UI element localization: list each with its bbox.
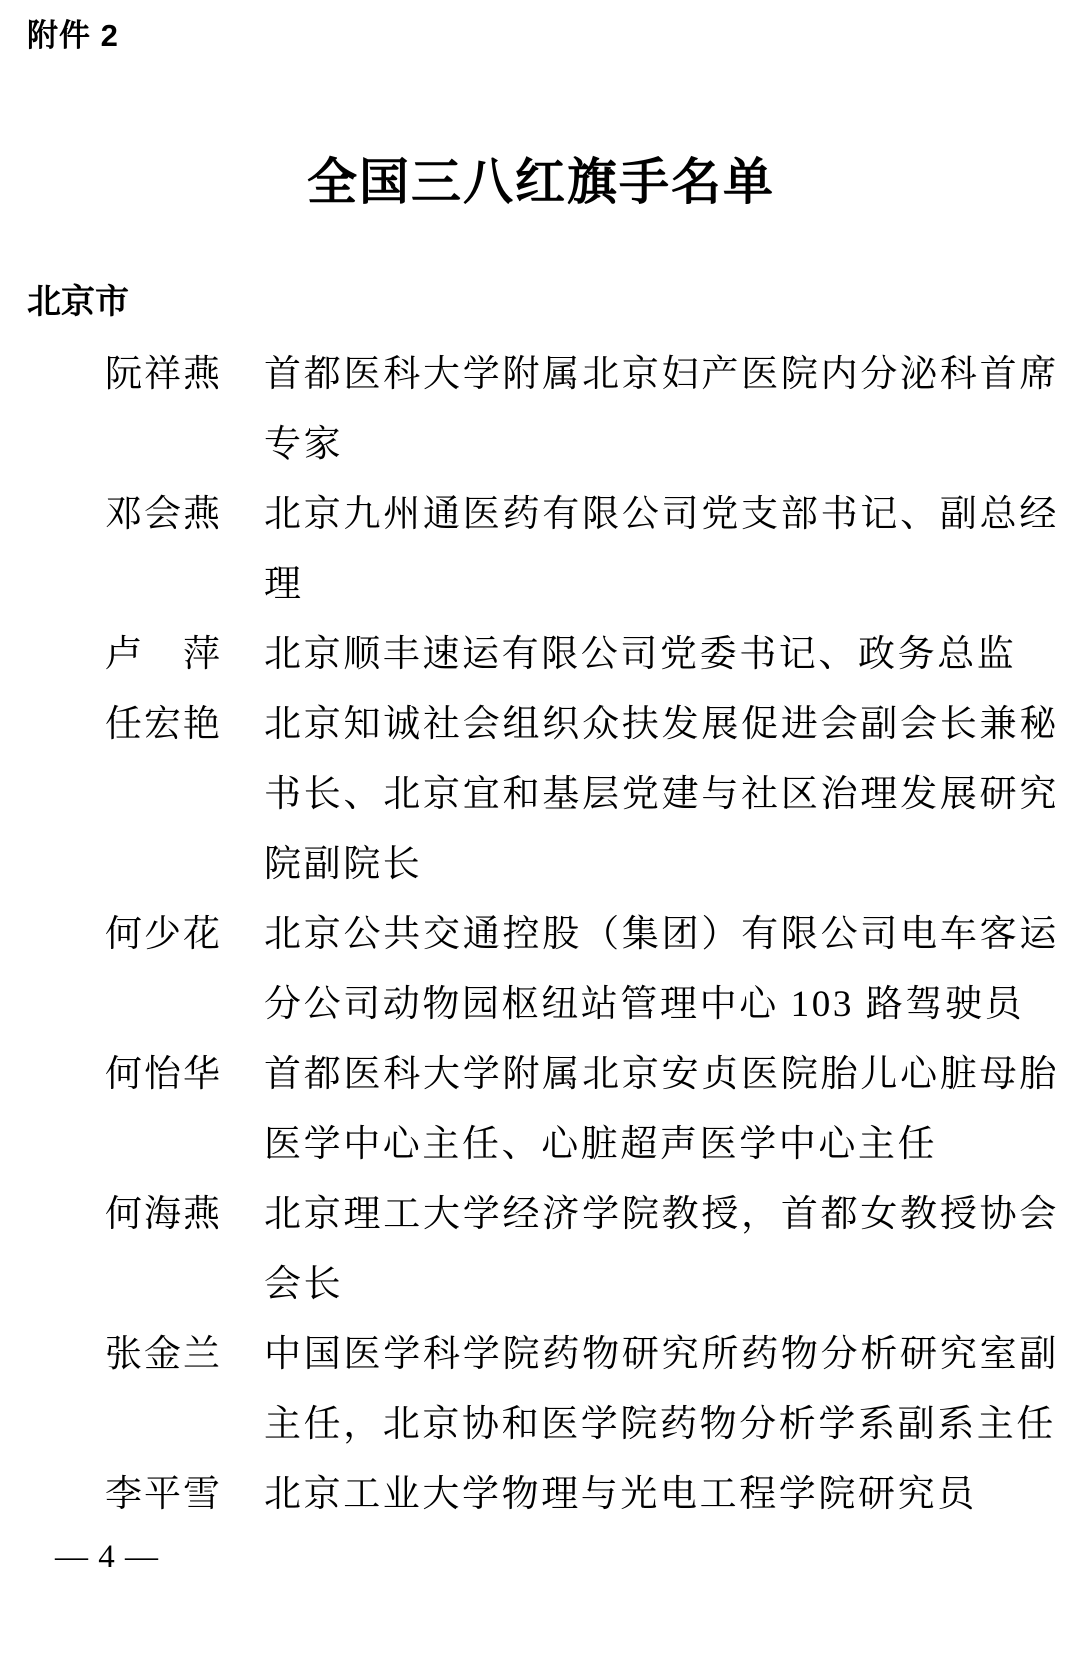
- honoree-name: 何怡华: [105, 1040, 220, 1110]
- document-page: 附件 2 全国三八红旗手名单 北京市 阮祥燕 首都医科大学附属北京妇产医院内分泌…: [0, 0, 1080, 1670]
- page-title: 全国三八红旗手名单: [0, 150, 1080, 214]
- list-item: 任宏艳 北京知诚社会组织众扶发展促进会副会长兼秘书长、北京宜和基层党建与社区治理…: [105, 690, 1065, 900]
- honoree-name: 何少花: [105, 900, 220, 970]
- list-item: 邓会燕 北京九州通医药有限公司党支部书记、副总经理: [105, 480, 1065, 620]
- honoree-description: 北京知诚社会组织众扶发展促进会副会长兼秘书长、北京宜和基层党建与社区治理发展研究…: [264, 690, 1059, 900]
- honoree-name: 邓会燕: [105, 480, 220, 550]
- honoree-description: 北京公共交通控股（集团）有限公司电车客运分公司动物园枢纽站管理中心 103 路驾…: [264, 900, 1059, 1040]
- list-item: 张金兰 中国医学科学院药物研究所药物分析研究室副主任，北京协和医学院药物分析学系…: [105, 1320, 1065, 1460]
- honoree-description: 北京九州通医药有限公司党支部书记、副总经理: [264, 480, 1059, 620]
- honoree-name: 卢 萍: [105, 620, 220, 690]
- list-item: 何怡华 首都医科大学附属北京安贞医院胎儿心脏母胎医学中心主任、心脏超声医学中心主…: [105, 1040, 1065, 1180]
- section-heading-beijing: 北京市: [27, 281, 129, 323]
- list-item: 何海燕 北京理工大学经济学院教授，首都女教授协会会长: [105, 1180, 1065, 1320]
- honoree-description: 北京工业大学物理与光电工程学院研究员: [264, 1460, 1059, 1530]
- honoree-description: 中国医学科学院药物研究所药物分析研究室副主任，北京协和医学院药物分析学系副系主任: [264, 1320, 1059, 1460]
- honoree-description: 北京理工大学经济学院教授，首都女教授协会会长: [264, 1180, 1059, 1320]
- honoree-name: 阮祥燕: [105, 340, 220, 410]
- honoree-list: 阮祥燕 首都医科大学附属北京妇产医院内分泌科首席专家 邓会燕 北京九州通医药有限…: [105, 340, 1065, 1530]
- attachment-label: 附件 2: [27, 16, 119, 56]
- list-item: 何少花 北京公共交通控股（集团）有限公司电车客运分公司动物园枢纽站管理中心 10…: [105, 900, 1065, 1040]
- honoree-description: 首都医科大学附属北京妇产医院内分泌科首席专家: [264, 340, 1059, 480]
- honoree-description: 首都医科大学附属北京安贞医院胎儿心脏母胎医学中心主任、心脏超声医学中心主任: [264, 1040, 1059, 1180]
- honoree-name: 何海燕: [105, 1180, 220, 1250]
- page-number: — 4 —: [55, 1536, 159, 1578]
- honoree-name: 李平雪: [105, 1460, 220, 1530]
- list-item: 卢 萍 北京顺丰速运有限公司党委书记、政务总监: [105, 620, 1065, 690]
- list-item: 李平雪 北京工业大学物理与光电工程学院研究员: [105, 1460, 1065, 1530]
- list-item: 阮祥燕 首都医科大学附属北京妇产医院内分泌科首席专家: [105, 340, 1065, 480]
- honoree-name: 张金兰: [105, 1320, 220, 1390]
- honoree-name: 任宏艳: [105, 690, 220, 760]
- honoree-description: 北京顺丰速运有限公司党委书记、政务总监: [264, 620, 1059, 690]
